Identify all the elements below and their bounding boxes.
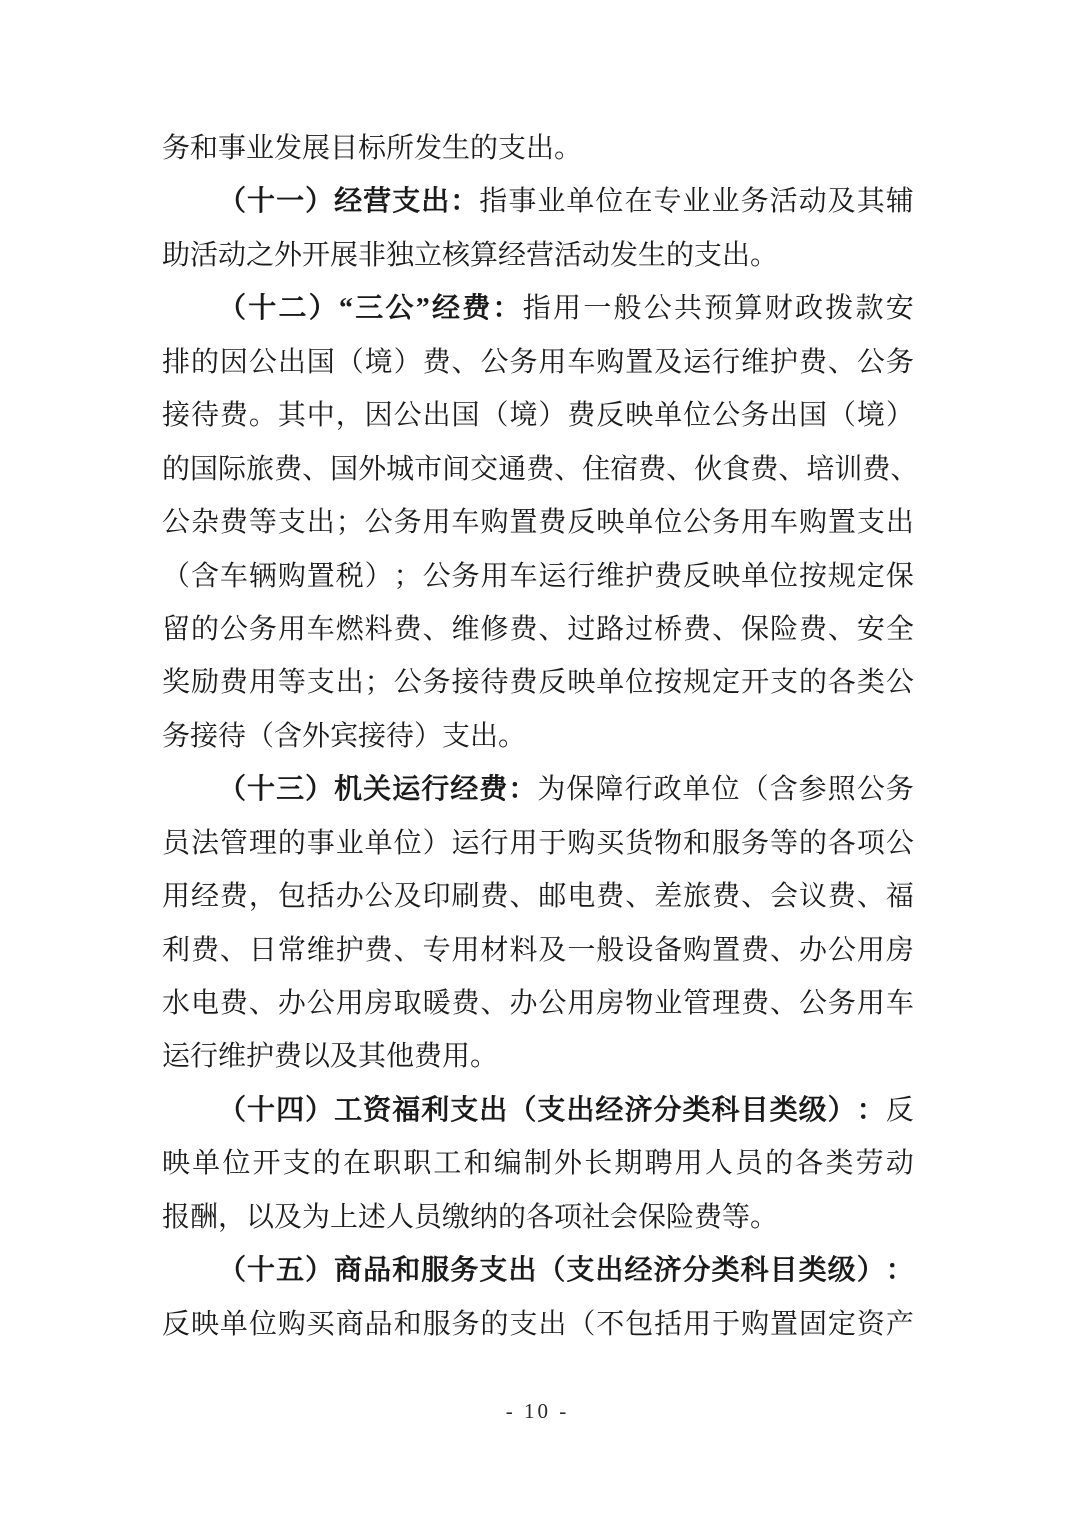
body-char: 物 [625, 977, 653, 1030]
heading-char: 支 [537, 1084, 565, 1137]
body-char: 位 [222, 1137, 250, 1190]
body-char: 支 [307, 656, 335, 709]
text-line: 接待费。其中，因公出国（境）费反映单位公务出国（境） [162, 389, 914, 442]
heading-char: ： [857, 1084, 885, 1137]
body-char: 电 [567, 870, 595, 923]
body-char: 业 [654, 977, 682, 1030]
body-char: 制 [524, 1137, 552, 1190]
body-text: 助活动之外开展非独立核算经营活动发生的支出。 [162, 240, 778, 271]
body-char: 在 [624, 175, 652, 228]
heading-char: ： [450, 175, 478, 228]
page-number: - 10 - [506, 1399, 570, 1423]
body-char: 定 [828, 1298, 856, 1351]
body-char: 刷 [452, 870, 480, 923]
body-char: 费 [220, 656, 248, 709]
body-char: 映 [712, 550, 740, 603]
body-char: 费 [452, 977, 480, 1030]
body-char: 专 [653, 175, 681, 228]
body-char: 邮 [538, 870, 566, 923]
body-char: 公 [828, 924, 856, 977]
text-line: 助活动之外开展非独立核算经营活动发生的支出。 [162, 229, 914, 282]
body-char: 单 [683, 763, 711, 816]
body-char: 费 [741, 924, 769, 977]
body-char: 置 [509, 496, 537, 549]
body-char: 反 [886, 1084, 914, 1137]
body-char: 按 [799, 550, 827, 603]
heading-char: （ [218, 763, 246, 816]
body-char: 算 [734, 282, 762, 335]
body-char: 括 [307, 870, 335, 923]
body-char: 等 [249, 496, 277, 549]
body-char: 务 [828, 977, 856, 1030]
heading-char: 济 [653, 1244, 681, 1297]
body-char: 工 [433, 1137, 461, 1190]
body-char: 费 [480, 870, 508, 923]
body-char: 维 [741, 336, 769, 389]
body-char: 旅 [683, 870, 711, 923]
body-char: 交 [470, 443, 498, 496]
body-char: 业 [712, 175, 740, 228]
heading-char: 和 [392, 1244, 420, 1297]
body-char: 、 [857, 870, 885, 923]
heading-char: 十 [247, 1244, 275, 1297]
text-line: （十二）“三公”经费：指用一般公共预算财政拨款安 [162, 282, 914, 335]
body-char: 运 [683, 336, 711, 389]
heading-char: 科 [741, 1244, 769, 1297]
body-char: 费 [394, 603, 422, 656]
text-line: 映单位开支的在职职工和编制外长期聘用人员的各类劳动 [162, 1137, 914, 1190]
body-char: 办 [799, 924, 827, 977]
body-char: 费 [220, 977, 248, 1030]
body-char: 拨 [825, 282, 853, 335]
body-char: 公 [307, 977, 335, 1030]
heading-char: 公 [385, 282, 413, 335]
body-char: 用 [683, 1298, 711, 1351]
body-char: 因 [220, 336, 248, 389]
body-char: 各 [795, 1137, 823, 1190]
body-char: （ [741, 763, 769, 816]
body-char: 公 [394, 389, 422, 442]
body-char: 员 [162, 817, 190, 870]
body-char: 市 [414, 443, 442, 496]
body-char: 及 [538, 924, 566, 977]
heading-char: 经 [450, 763, 478, 816]
heading-char: 一 [276, 175, 304, 228]
text-line: （十四）工资福利支出（支出经济分类科目类级）：反 [162, 1084, 914, 1137]
heading-char: （ [537, 1244, 565, 1297]
body-char: 费 [799, 336, 827, 389]
text-line: （十一）经营支出：指事业单位在专业业务活动及其辅 [162, 175, 914, 228]
heading-char: ： [886, 1244, 914, 1297]
body-char: 规 [683, 656, 711, 709]
body-char: 公 [480, 336, 508, 389]
body-char: 务 [886, 336, 914, 389]
body-char: 公 [162, 496, 190, 549]
body-char: 置 [712, 924, 740, 977]
body-char: 映 [625, 389, 653, 442]
body-char: 励 [191, 656, 219, 709]
body-char: 单 [220, 1298, 248, 1351]
body-char: 位 [595, 175, 623, 228]
body-char: 般 [613, 282, 641, 335]
heading-char: 商 [334, 1244, 362, 1297]
body-char: 电 [191, 977, 219, 1030]
body-char: 费 [567, 389, 595, 442]
body-char: 指 [523, 282, 551, 335]
body-char: 接 [452, 656, 480, 709]
body-char: 一 [567, 924, 595, 977]
body-char: 用 [857, 977, 885, 1030]
body-char: 维 [452, 603, 480, 656]
body-char: 用 [336, 977, 364, 1030]
body-char: 映 [162, 1137, 190, 1190]
body-char: 经 [191, 870, 219, 923]
body-char: 费 [741, 977, 769, 1030]
body-char: 费 [274, 443, 302, 496]
heading-char: 利 [421, 1084, 449, 1137]
body-char: 、 [480, 977, 508, 1030]
body-char: 、 [712, 603, 740, 656]
heading-char: 分 [683, 1244, 711, 1297]
body-char: 印 [423, 870, 451, 923]
body-char: （ [480, 389, 508, 442]
body-char: 反 [162, 1298, 190, 1351]
body-char: 反 [567, 496, 595, 549]
text-line: 排的因公出国（境）费、公务用车购置及运行维护费、公务 [162, 336, 914, 389]
body-char: 备 [654, 924, 682, 977]
body-char: 政 [795, 282, 823, 335]
body-char: 员 [735, 1137, 763, 1190]
body-char: 、 [302, 443, 330, 496]
body-char: 、 [778, 443, 806, 496]
heading-char: 三 [355, 282, 383, 335]
text-line: 报酬，以及为上述人员缴纳的各项社会保险费等。 [162, 1191, 914, 1244]
body-char: 的 [191, 336, 219, 389]
heading-char: （ [218, 1244, 246, 1297]
body-char: 办 [509, 977, 537, 1030]
body-char: 税 [336, 550, 364, 603]
heading-char: 行 [421, 763, 449, 816]
body-char: 日 [249, 924, 277, 977]
body-char: 专 [423, 924, 451, 977]
heading-char: 营 [363, 175, 391, 228]
body-char: 行 [480, 817, 508, 870]
text-line: 公杂费等支出；公务用车购置费反映单位公务用车购置支出 [162, 496, 914, 549]
body-char: 费 [526, 443, 554, 496]
body-char: 房 [596, 977, 624, 1030]
body-char: 职 [403, 1137, 431, 1190]
document-body: 务和事业发展目标所发生的支出。（十一）经营支出：指事业单位在专业业务活动及其辅助… [162, 122, 914, 1351]
body-char: 通 [498, 443, 526, 496]
body-char: 位 [654, 496, 682, 549]
text-line: 务接待（含外宾接待）支出。 [162, 710, 914, 763]
body-char: 用 [162, 870, 190, 923]
body-char: 物 [654, 817, 682, 870]
body-char: 公 [365, 496, 393, 549]
body-char: 辅 [886, 175, 914, 228]
text-line: 奖励费用等支出；公务接待费反映单位按规定开支的各类公 [162, 656, 914, 709]
body-char: 预 [704, 282, 732, 335]
body-char: 单 [654, 389, 682, 442]
body-char: 括 [654, 1298, 682, 1351]
heading-char: 支 [566, 1244, 594, 1297]
body-char: 单 [566, 175, 594, 228]
body-char: 桥 [654, 603, 682, 656]
body-char: 支 [278, 496, 306, 549]
body-char: 外 [358, 443, 386, 496]
body-char: 产 [886, 1298, 914, 1351]
body-char: 车 [770, 496, 798, 549]
body-char: 资 [857, 1298, 885, 1351]
body-char: 位 [683, 389, 711, 442]
heading-char: 二 [279, 282, 307, 335]
body-char: 车 [509, 550, 537, 603]
body-char: 单 [192, 1137, 220, 1190]
body-char: 包 [278, 870, 306, 923]
body-char: ） [394, 336, 422, 389]
body-char: 的 [313, 1137, 341, 1190]
body-char: 设 [625, 924, 653, 977]
body-char: 会 [770, 870, 798, 923]
heading-char: 务 [450, 1244, 478, 1297]
body-char: 公 [799, 977, 827, 1030]
body-char: 安 [857, 603, 885, 656]
body-char: 支 [283, 1137, 311, 1190]
body-char: 用 [857, 924, 885, 977]
body-char: 购 [683, 924, 711, 977]
heading-char: 关 [363, 763, 391, 816]
body-char: 用 [249, 656, 277, 709]
body-char: ） [365, 550, 393, 603]
body-char: 购 [278, 550, 306, 603]
body-char: 动 [799, 175, 827, 228]
body-char: 按 [654, 656, 682, 709]
body-char: 国 [330, 443, 358, 496]
body-text: 务接待（含外宾接待）支出。 [162, 721, 526, 752]
body-char: 出 [336, 656, 364, 709]
body-char: 含 [191, 550, 219, 603]
body-char: 反 [538, 656, 566, 709]
body-char: 修 [480, 603, 508, 656]
heading-char: 资 [363, 1084, 391, 1137]
body-char: 务 [423, 656, 451, 709]
body-char: 反 [683, 550, 711, 603]
text-line: 运行维护费以及其他费用。 [162, 1030, 914, 1083]
body-char: 包 [625, 1298, 653, 1351]
body-char: 全 [886, 603, 914, 656]
heading-char: 十 [247, 763, 275, 816]
body-char: 取 [394, 977, 422, 1030]
body-char: 住 [582, 443, 610, 496]
body-char: 务 [394, 496, 422, 549]
body-char: 费 [509, 656, 537, 709]
body-char: 的 [191, 603, 219, 656]
body-char: 服 [423, 1298, 451, 1351]
document-page: { "document": { "text_color": "#1a1a1a",… [0, 0, 1075, 1520]
body-char: 公 [423, 550, 451, 603]
body-char: 的 [278, 817, 306, 870]
body-char: 含 [770, 763, 798, 816]
body-char: 险 [770, 603, 798, 656]
body-char: 维 [307, 924, 335, 977]
body-char: 期 [614, 1137, 642, 1190]
body-char: 暖 [423, 977, 451, 1030]
body-char: 公 [857, 336, 885, 389]
body-char: 费 [220, 389, 248, 442]
body-char: 出 [886, 496, 914, 549]
heading-char: 经 [432, 282, 460, 335]
body-char: 出 [538, 1298, 566, 1351]
body-char: 运 [538, 550, 566, 603]
body-char: 、 [828, 336, 856, 389]
body-char: 公 [683, 496, 711, 549]
body-char: （ [336, 336, 364, 389]
body-char: 人 [705, 1137, 733, 1190]
heading-char: 十 [247, 1084, 275, 1137]
body-char: 费 [750, 443, 778, 496]
body-char: 的 [162, 443, 190, 496]
body-char: 中 [307, 389, 335, 442]
body-char: 费 [828, 870, 856, 923]
body-char: 、 [666, 443, 694, 496]
body-char: 公 [220, 603, 248, 656]
body-char: 务 [741, 817, 769, 870]
body-char: 用 [278, 603, 306, 656]
body-char: 运 [452, 817, 480, 870]
heading-char: 出 [595, 1244, 623, 1297]
body-char: 用 [452, 924, 480, 977]
body-char: 奖 [162, 656, 190, 709]
heading-char: 类 [683, 1084, 711, 1137]
body-char: （ [567, 1298, 595, 1351]
body-char: 障 [595, 763, 623, 816]
body-char: 费 [654, 550, 682, 603]
body-char: 公 [886, 656, 914, 709]
body-char: 车 [452, 496, 480, 549]
body-char: 单 [365, 817, 393, 870]
body-char: 定 [857, 550, 885, 603]
body-char: 费 [509, 603, 537, 656]
body-char: 位 [394, 817, 422, 870]
body-char: 过 [567, 603, 595, 656]
heading-char: ” [416, 282, 430, 335]
body-char: 、 [220, 924, 248, 977]
body-char: 行 [712, 336, 740, 389]
body-char: 、 [625, 870, 653, 923]
body-char: 品 [365, 1298, 393, 1351]
body-char: 、 [770, 977, 798, 1030]
body-char: 位 [712, 763, 740, 816]
body-char: 费 [538, 496, 566, 549]
body-char: （ [828, 389, 856, 442]
body-char: 费 [683, 603, 711, 656]
body-char: 燃 [336, 603, 364, 656]
body-char: 伙 [694, 443, 722, 496]
body-char: 、 [452, 336, 480, 389]
heading-char: 福 [392, 1084, 420, 1137]
body-char: 出 [423, 389, 451, 442]
text-line: 用经费，包括办公及印刷费、邮电费、差旅费、会议费、福 [162, 870, 914, 923]
body-char: 类 [825, 1137, 853, 1190]
body-char: 办 [336, 870, 364, 923]
body-char: 指 [479, 175, 507, 228]
body-char: 费 [638, 443, 666, 496]
body-char: 公 [857, 763, 885, 816]
body-char: 项 [857, 817, 885, 870]
body-char: 业 [336, 817, 364, 870]
heading-char: 工 [334, 1084, 362, 1137]
body-char: 各 [828, 817, 856, 870]
heading-char: ） [309, 282, 337, 335]
body-char: 费 [220, 870, 248, 923]
body-char: 维 [596, 550, 624, 603]
body-char: 其 [278, 389, 306, 442]
body-char: 车 [307, 603, 335, 656]
heading-char: 服 [421, 1244, 449, 1297]
body-char: 行 [567, 550, 595, 603]
body-char: 车 [567, 336, 595, 389]
body-char: 和 [683, 817, 711, 870]
body-char: 商 [336, 1298, 364, 1351]
body-char: 、 [394, 924, 422, 977]
body-char: 的 [480, 1298, 508, 1351]
body-char: ） [423, 817, 451, 870]
body-char: 务 [741, 175, 769, 228]
heading-char: 十 [248, 282, 276, 335]
body-char: 聘 [645, 1137, 673, 1190]
body-char: 外 [554, 1137, 582, 1190]
body-char: 辆 [249, 550, 277, 603]
body-char: 出 [278, 336, 306, 389]
body-char: 照 [828, 763, 856, 816]
body-char: 支 [857, 496, 885, 549]
body-char: 理 [249, 817, 277, 870]
body-char: 参 [799, 763, 827, 816]
heading-char: ） [828, 1084, 856, 1137]
body-char: 费 [191, 924, 219, 977]
body-char: 管 [220, 817, 248, 870]
body-char: 和 [464, 1137, 492, 1190]
heading-char: 目 [770, 1244, 798, 1297]
body-char: 单 [741, 550, 769, 603]
body-char: 务 [712, 496, 740, 549]
body-char: 议 [799, 870, 827, 923]
body-char: 训 [834, 443, 862, 496]
body-char: 购 [278, 1298, 306, 1351]
body-char: 务 [452, 1298, 480, 1351]
text-line: （十五）商品和服务支出（支出经济分类科目类级）： [162, 1244, 914, 1297]
body-char: 业 [537, 175, 565, 228]
heading-char: （ [508, 1084, 536, 1137]
body-char: 的 [765, 1137, 793, 1190]
body-char: 料 [509, 924, 537, 977]
body-char: 出 [770, 389, 798, 442]
heading-char: 经 [595, 1084, 623, 1137]
body-char: 各 [828, 656, 856, 709]
body-char: 共 [674, 282, 702, 335]
body-text: 务和事业发展目标所发生的支出。 [162, 133, 582, 164]
text-line: （含车辆购置税）；公务用车运行维护费反映单位按规定保 [162, 550, 914, 603]
body-char: 支 [770, 656, 798, 709]
body-char: 事 [307, 817, 335, 870]
body-char: 、 [538, 603, 566, 656]
body-char: 映 [191, 1298, 219, 1351]
body-char: 、 [249, 977, 277, 1030]
body-char: 。 [249, 389, 277, 442]
heading-char: 支 [479, 1244, 507, 1297]
heading-char: （ [218, 1084, 246, 1137]
body-char: 国 [452, 389, 480, 442]
